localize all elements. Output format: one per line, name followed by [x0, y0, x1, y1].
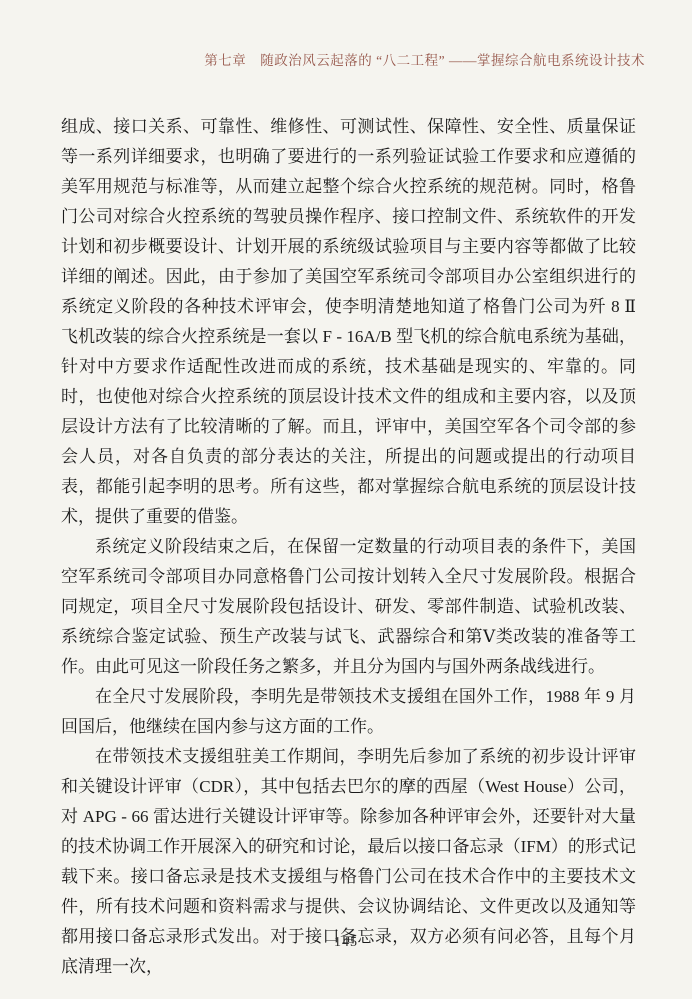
paragraph: 组成、接口关系、可靠性、维修性、可测试性、保障性、安全性、质量保证等一系列详细要…	[61, 112, 636, 532]
book-page: 第七章 随政治风云起落的 “八二工程” ——掌握综合航电系统设计技术 组成、接口…	[0, 0, 692, 999]
page-footer: 145	[0, 935, 692, 951]
paragraph: 系统定义阶段结束之后，在保留一定数量的行动项目表的条件下，美国空军系统司令部项目…	[61, 532, 636, 682]
page-number: 145	[334, 935, 358, 950]
paragraph: 在全尺寸发展阶段，李明先是带领技术支援组在国外工作，1988 年 9 月回国后，…	[61, 682, 636, 742]
page-body: 组成、接口关系、可靠性、维修性、可测试性、保障性、安全性、质量保证等一系列详细要…	[61, 112, 636, 982]
page-header: 第七章 随政治风云起落的 “八二工程” ——掌握综合航电系统设计技术	[60, 52, 645, 70]
chapter-title: 第七章 随政治风云起落的 “八二工程” ——掌握综合航电系统设计技术	[204, 53, 645, 68]
